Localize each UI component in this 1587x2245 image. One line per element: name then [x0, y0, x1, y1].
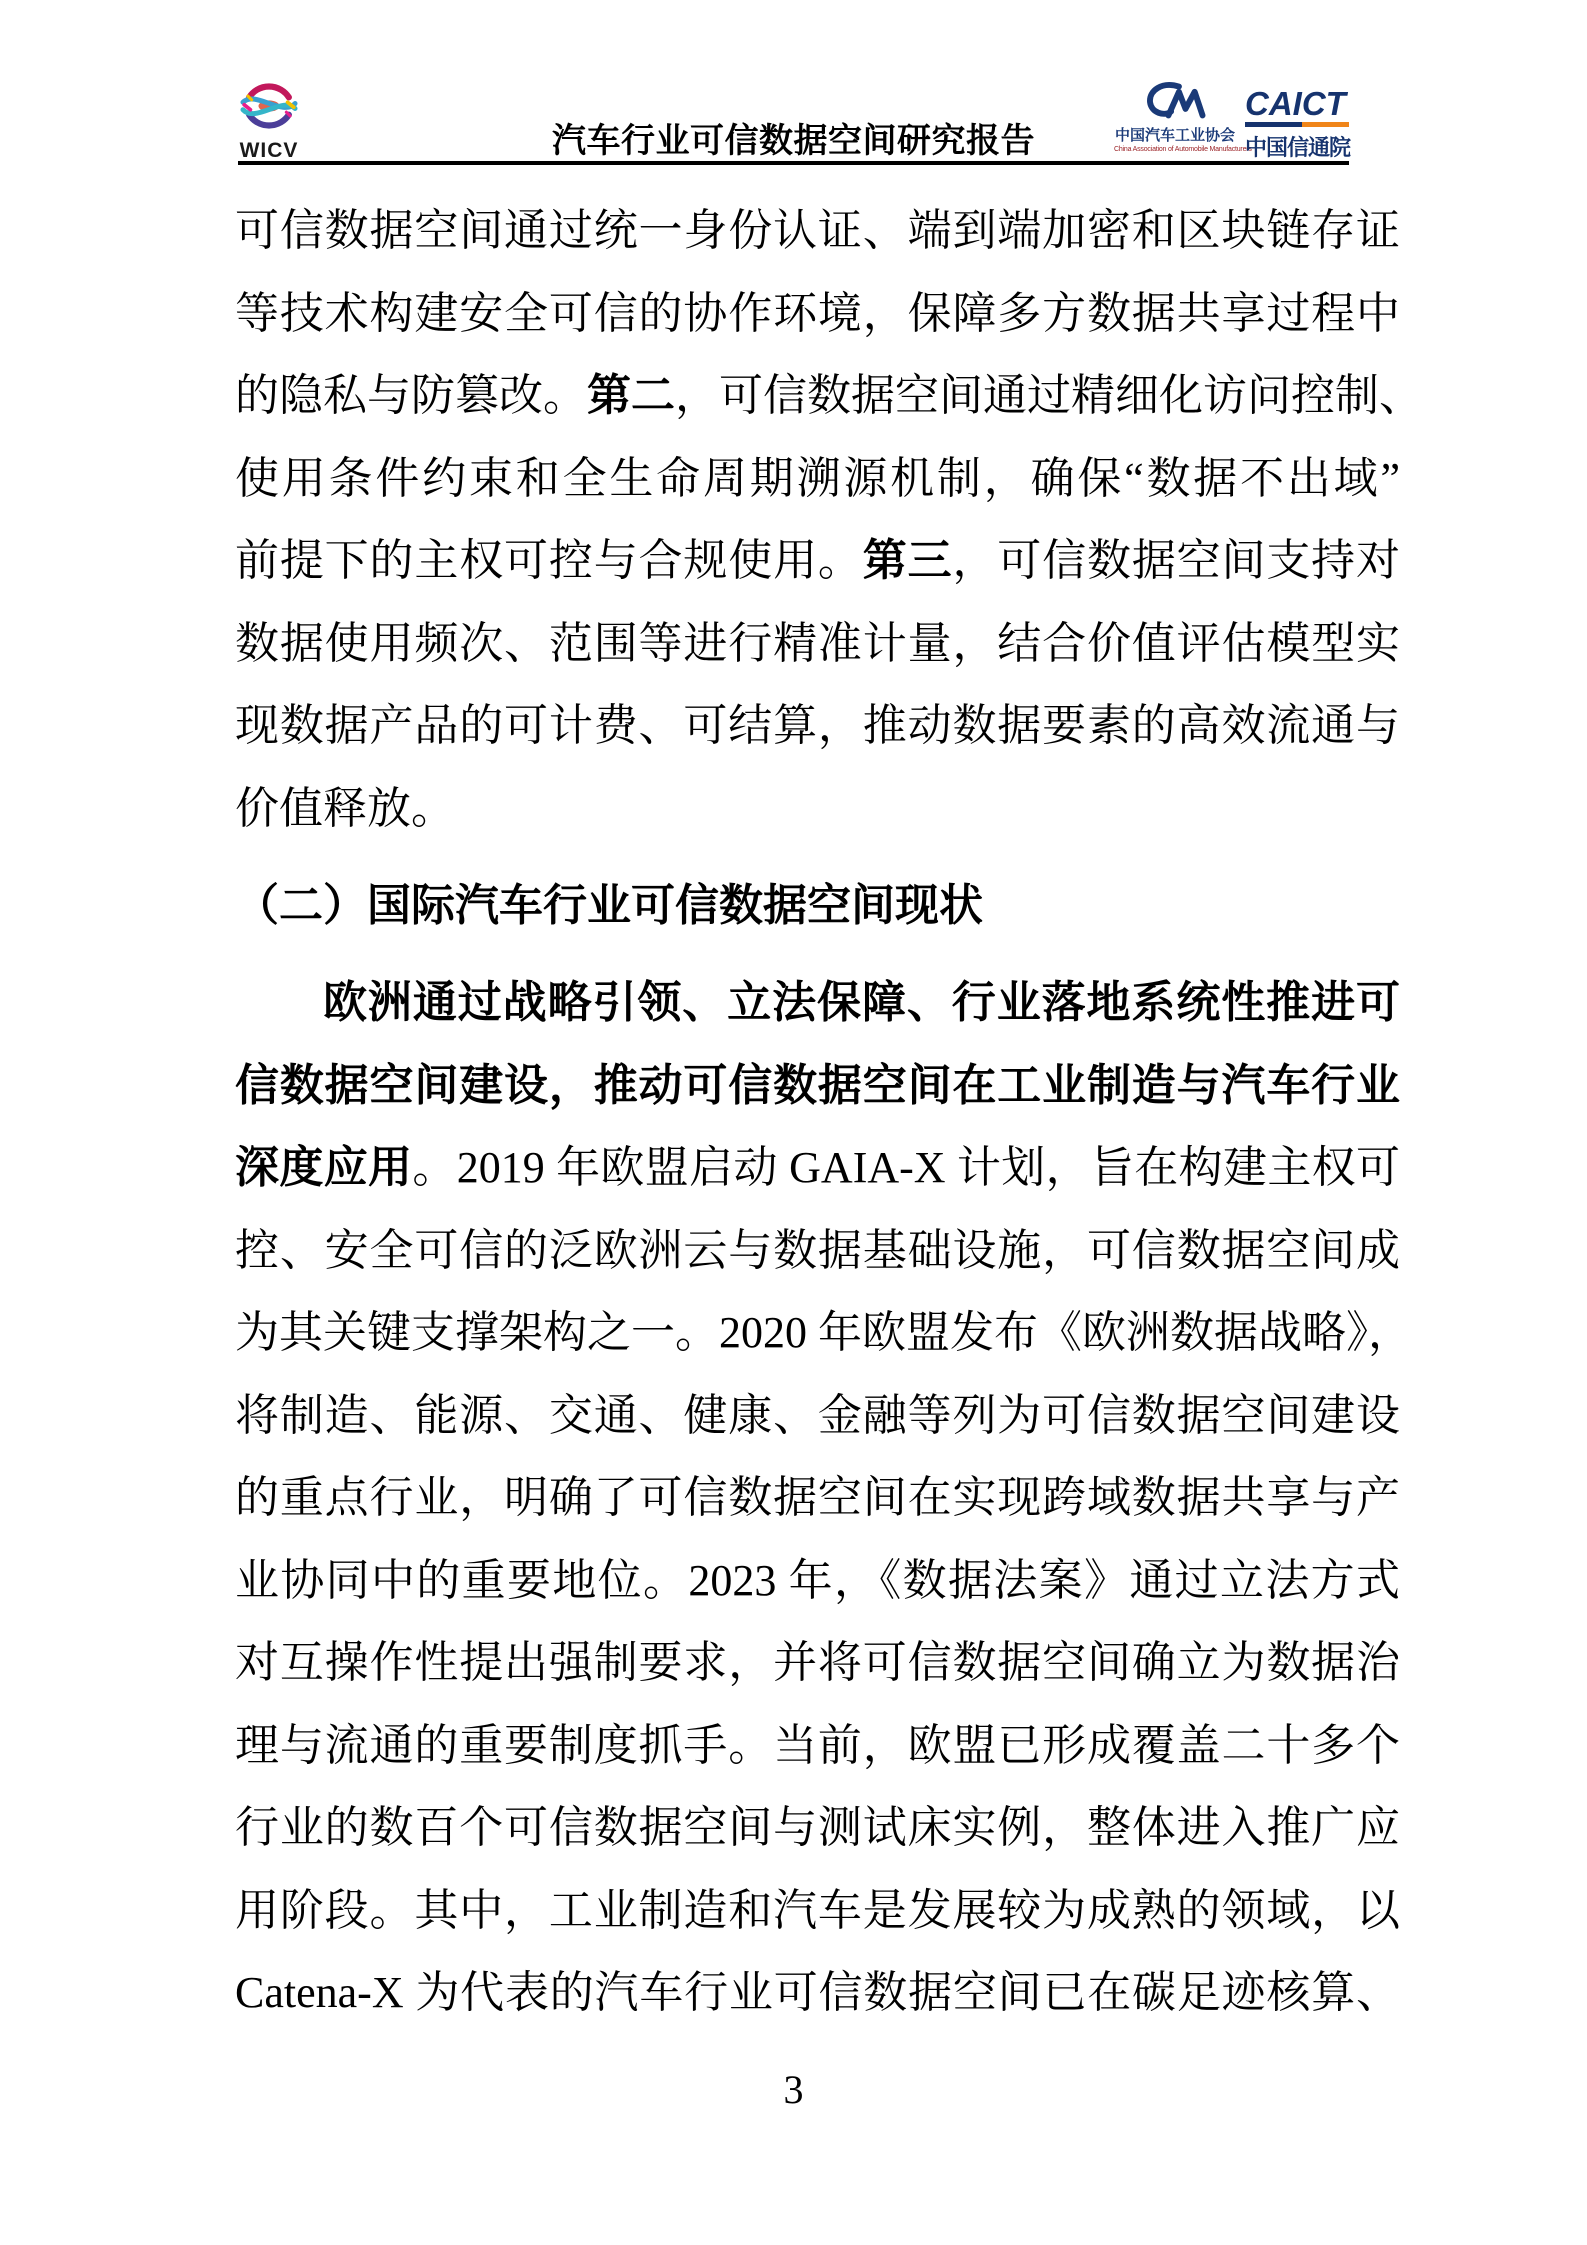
text-line: 可信数据空间通过统一身份认证、端到端加密和区块链存证 [235, 190, 1400, 273]
text-line: 业协同中的重要地位。2023 年，《数据法案》通过立法方式 [235, 1540, 1400, 1623]
header-rule [238, 161, 1349, 165]
text-line: 信数据空间建设，推动可信数据空间在工业制造与汽车行业 [235, 1045, 1400, 1128]
section-heading: （二）国际汽车行业可信数据空间现状 [235, 850, 1400, 962]
caam-name-cn: 中国汽车工业协会 [1114, 124, 1236, 145]
text-segment: 数据使用频次、范围等进行精准计量，结合价值评估模型实 [235, 619, 1400, 668]
text-line: Catena-X 为代表的汽车行业可信数据空间已在碳足迹核算、 [235, 1952, 1400, 2035]
document-body: 可信数据空间通过统一身份认证、端到端加密和区块链存证等技术构建安全可信的协作环境… [235, 190, 1400, 2035]
text-segment: 等技术构建安全可信的协作环境，保障多方数据共享过程中 [235, 289, 1400, 338]
text-line: 控、安全可信的泛欧洲云与数据基础设施，可信数据空间成 [235, 1210, 1400, 1293]
caict-underline-bar [1245, 122, 1349, 127]
text-segment: 行业的数百个可信数据空间与测试床实例，整体进入推广应 [235, 1803, 1400, 1852]
text-segment: Catena-X 为代表的汽车行业可信数据空间已在碳足迹核算、 [235, 1968, 1400, 2017]
text-line: 数据使用频次、范围等进行精准计量，结合价值评估模型实 [235, 603, 1400, 686]
bold-text-segment: 第二 [587, 371, 675, 420]
text-line: 的隐私与防篡改。第二，可信数据空间通过精细化访问控制、 [235, 355, 1400, 438]
text-line: 对互操作性提出强制要求，并将可信数据空间确立为数据治 [235, 1622, 1400, 1705]
text-segment: 使用条件约束和全生命周期溯源机制，确保“数据不出域” [235, 454, 1400, 503]
text-segment: 。2019 年欧盟启动 GAIA-X 计划，旨在构建主权可 [412, 1143, 1400, 1192]
caam-name-en: China Association of Automobile Manufact… [1114, 146, 1236, 153]
text-line: 将制造、能源、交通、健康、金融等列为可信数据空间建设 [235, 1375, 1400, 1458]
bold-text-segment: 深度应用 [235, 1143, 412, 1192]
text-segment: 可信数据空间通过统一身份认证、端到端加密和区块链存证 [235, 206, 1400, 255]
bold-text-segment: 欧洲通过战略引领、立法保障、行业落地系统性推进可 [323, 978, 1400, 1027]
text-segment: 将制造、能源、交通、健康、金融等列为可信数据空间建设 [235, 1391, 1400, 1440]
text-segment: 价值释放。 [235, 784, 455, 833]
text-line: 用阶段。其中，工业制造和汽车是发展较为成熟的领域，以 [235, 1870, 1400, 1953]
text-segment: 的隐私与防篡改。 [235, 371, 587, 420]
report-page: WICV 汽车行业可信数据空间研究报告 中国汽车工业协会 China Assoc… [0, 0, 1587, 2245]
text-line: 前提下的主权可控与合规使用。第三，可信数据空间支持对 [235, 520, 1400, 603]
text-line: 使用条件约束和全生命周期溯源机制，确保“数据不出域” [235, 438, 1400, 521]
text-segment: 现数据产品的可计费、可结算，推动数据要素的高效流通与 [235, 701, 1400, 750]
text-line: 现数据产品的可计费、可结算，推动数据要素的高效流通与 [235, 685, 1400, 768]
text-segment: 前提下的主权可控与合规使用。 [235, 536, 863, 585]
caict-name-cn: 中国信通院 [1245, 131, 1351, 162]
caam-monogram-icon [1142, 80, 1208, 122]
text-line: 等技术构建安全可信的协作环境，保障多方数据共享过程中 [235, 273, 1400, 356]
caict-logo: CAICT 中国信通院 [1245, 86, 1351, 162]
text-segment: ，可信数据空间通过精细化访问控制、 [675, 371, 1423, 420]
text-segment: 业协同中的重要地位。2023 年，《数据法案》通过立法方式 [235, 1556, 1400, 1605]
text-segment: 对互操作性提出强制要求，并将可信数据空间确立为数据治 [235, 1638, 1400, 1687]
caict-acronym: CAICT [1245, 86, 1351, 122]
text-line: 行业的数百个可信数据空间与测试床实例，整体进入推广应 [235, 1787, 1400, 1870]
page-number: 3 [0, 2066, 1587, 2113]
text-segment: 为其关键支撑架构之一。2020 年欧盟发布《欧洲数据战略》， [235, 1308, 1412, 1357]
text-line: 欧洲通过战略引领、立法保障、行业落地系统性推进可 [235, 962, 1400, 1045]
text-segment: 用阶段。其中，工业制造和汽车是发展较为成熟的领域，以 [235, 1886, 1400, 1935]
bold-text-segment: 信数据空间建设，推动可信数据空间在工业制造与汽车行业 [235, 1061, 1400, 1110]
text-line: 价值释放。 [235, 768, 1400, 851]
caam-logo: 中国汽车工业协会 China Association of Automobile… [1114, 80, 1236, 153]
text-segment: ，可信数据空间支持对 [952, 536, 1400, 585]
text-segment: 控、安全可信的泛欧洲云与数据基础设施，可信数据空间成 [235, 1226, 1400, 1275]
text-segment: 理与流通的重要制度抓手。当前，欧盟已形成覆盖二十多个 [235, 1721, 1400, 1770]
bold-text-segment: 第三 [863, 536, 953, 585]
text-line: 的重点行业，明确了可信数据空间在实现跨域数据共享与产 [235, 1457, 1400, 1540]
text-line: 深度应用。2019 年欧盟启动 GAIA-X 计划，旨在构建主权可 [235, 1127, 1400, 1210]
text-line: 为其关键支撑架构之一。2020 年欧盟发布《欧洲数据战略》， [235, 1292, 1400, 1375]
text-line: 理与流通的重要制度抓手。当前，欧盟已形成覆盖二十多个 [235, 1705, 1400, 1788]
text-segment: 的重点行业，明确了可信数据空间在实现跨域数据共享与产 [235, 1473, 1400, 1522]
